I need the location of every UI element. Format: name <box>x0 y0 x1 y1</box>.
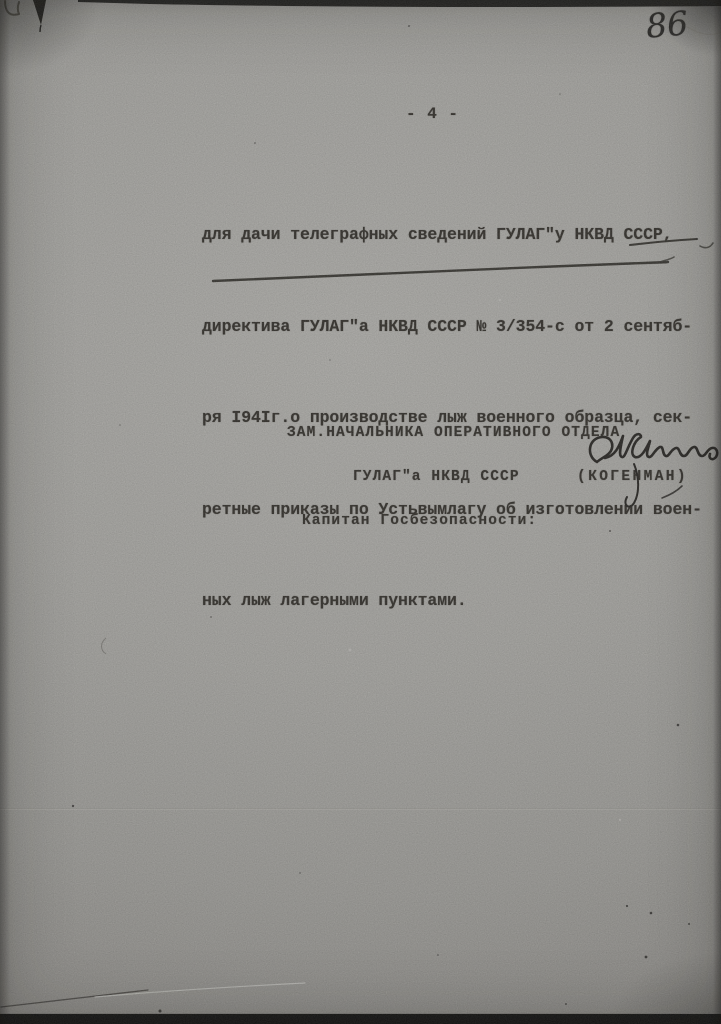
scan-bottom-edge <box>0 1014 721 1024</box>
crease-line <box>0 808 721 810</box>
scan-top-edge <box>78 0 721 7</box>
signature-title-line: Капитан Госбезопасности: <box>287 514 620 529</box>
signature-block: ЗАМ.НАЧАЛЬНИКА ОПЕРАТИВНОГО ОТДЕЛА ГУЛАГ… <box>287 397 620 558</box>
page-number: - 4 - <box>406 105 459 123</box>
ink-blot-mark <box>33 0 46 32</box>
signee-name: (КОГЕНМАН) <box>577 469 688 485</box>
right-edge-shadow <box>713 0 721 1024</box>
left-edge-shadow <box>0 0 10 1024</box>
folio-number-handwritten: 86 <box>644 3 689 46</box>
signature-title-line: ЗАМ.НАЧАЛЬНИКА ОПЕРАТИВНОГО ОТДЕЛА <box>287 426 620 441</box>
body-line: для дачи телеграфных сведений ГУЛАГ"у НК… <box>202 220 702 251</box>
scan-bottom-edge-highlight <box>0 1013 721 1014</box>
pencil-fleck <box>102 638 107 654</box>
scanned-document-page: - 4 - 86 для дачи телеграфных сведений Г… <box>0 0 721 1024</box>
body-line: ных лыж лагерными пунктами. <box>202 586 702 617</box>
signature-title-line: ГУЛАГ"а НКВД СССР <box>287 470 620 485</box>
folio-number-tail <box>686 26 721 34</box>
scratch-mark <box>1 983 305 1007</box>
pencil-check-mark <box>5 1 19 15</box>
body-line: директива ГУЛАГ"а НКВД СССР № 3/354-с от… <box>202 312 702 343</box>
